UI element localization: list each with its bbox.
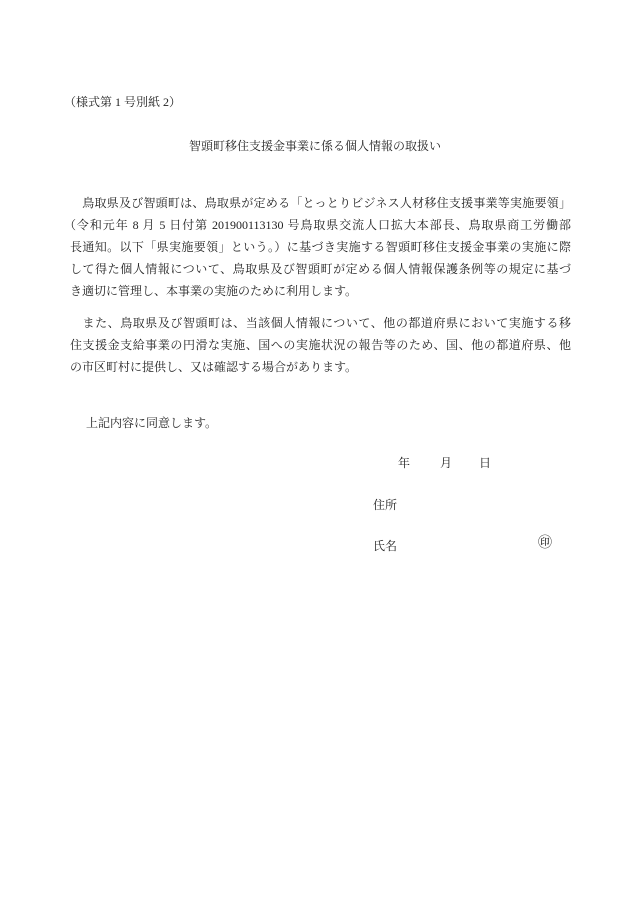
text-line: （令和元年 8 月 5 日付第 201900113130 号鳥取県交流人口拡大本… [64, 214, 571, 236]
address-label: 住所 [373, 494, 397, 516]
paragraph-info-usage: 鳥取県及び智頭町は、鳥取県が定める「とっとりビジネス人材移住支援事業等実施要領」… [70, 192, 571, 302]
text-line: して得た個人情報について、鳥取県及び智頭町が定める個人情報保護条例等の規定に基づ [70, 258, 571, 280]
form-number: （様式第 1 号別紙 2） [64, 91, 181, 113]
text-line: また、鳥取県及び智頭町は、当該個人情報について、他の都道府県において実施する移 [70, 312, 571, 334]
name-label: 氏名 [373, 535, 397, 557]
paragraph-info-sharing: また、鳥取県及び智頭町は、当該個人情報について、他の都道府県において実施する移 … [70, 312, 571, 378]
date-line: 年月日 [398, 452, 491, 474]
text-line: き適切に管理し、本事業の実施のために利用します。 [70, 280, 571, 302]
text-line: 住支援金支給事業の円滑な実施、国への実施状況の報告等のため、国、他の都道府県、他 [70, 334, 571, 356]
consent-statement: 上記内容に同意します。 [74, 412, 217, 434]
day-label: 日 [479, 456, 491, 470]
year-label: 年 [398, 456, 410, 470]
text-line: 鳥取県及び智頭町は、鳥取県が定める「とっとりビジネス人材移住支援事業等実施要領」 [70, 192, 571, 214]
page-title: 智頭町移住支援金事業に係る個人情報の取扱い [0, 135, 630, 157]
seal-mark-icon: ㊞ [538, 533, 552, 555]
text-line: の市区町村に提供し、又は確認する場合があります。 [70, 356, 571, 378]
month-label: 月 [440, 456, 452, 470]
text-line: 長通知。以下「県実施要領」という。）に基づき実施する智頭町移住支援金事業の実施に… [70, 236, 571, 258]
document-page: （様式第 1 号別紙 2） 智頭町移住支援金事業に係る個人情報の取扱い 鳥取県及… [0, 0, 630, 903]
